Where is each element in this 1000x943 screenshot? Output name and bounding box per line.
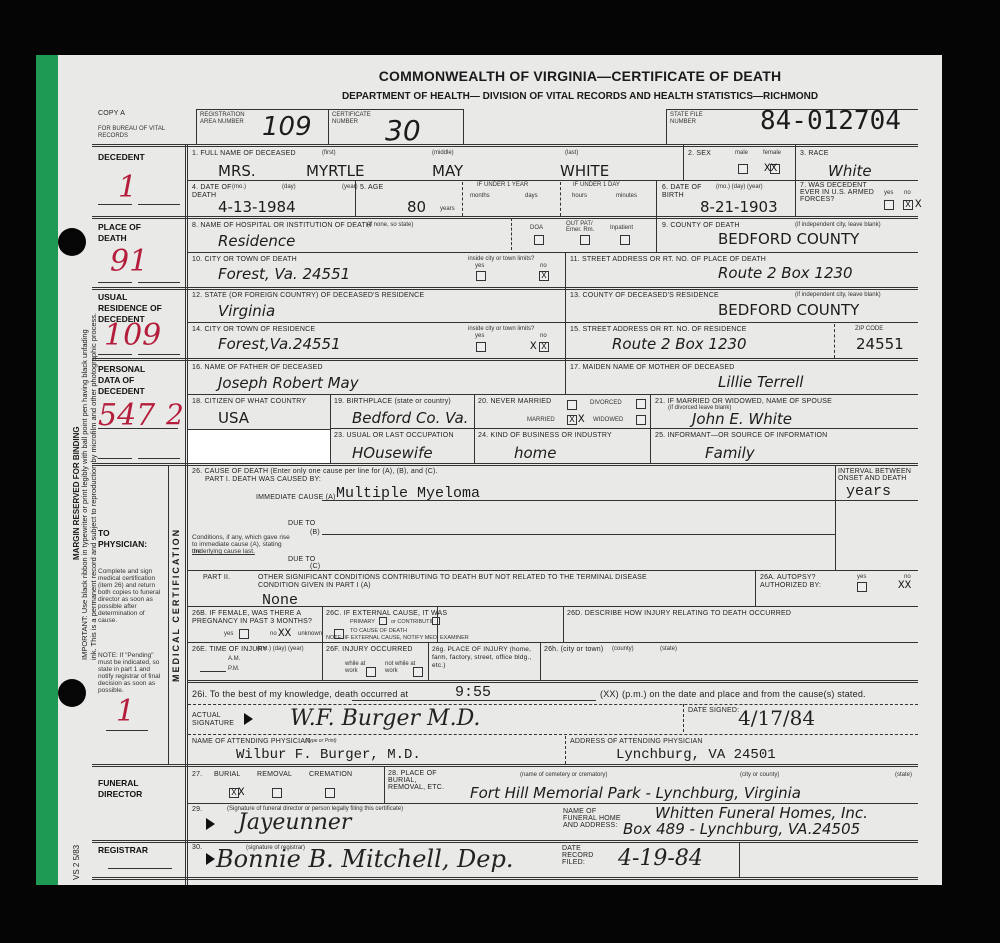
name-first: MYRTLE	[306, 162, 364, 180]
widowed-checkbox[interactable]	[636, 415, 646, 425]
physician-address-label: ADDRESS OF ATTENDING PHYSICIAN	[570, 738, 703, 746]
field-9-hint: (if independent city, leave blank)	[795, 222, 881, 229]
section-personal-data: PERSONAL DATA OF DECEDENT	[98, 364, 168, 397]
certificate-subtitle: DEPARTMENT OF HEALTH— DIVISION OF VITAL …	[190, 91, 970, 102]
dob-cols: (mo.) (day) (year)	[716, 184, 763, 191]
field-28-label: 28. PLACE OF BURIAL, REMOVAL, ETC.	[388, 770, 448, 791]
field-10-label: 10. CITY OR TOWN OF DEATH	[192, 256, 297, 264]
medical-certification-vertical: MEDICAL CERTIFICATION	[171, 528, 181, 682]
state-of-residence: Virginia	[218, 302, 275, 320]
cemetery-name-hdr: (name of cemetery or crematory)	[520, 772, 607, 779]
injury-am: A.M.	[228, 656, 240, 663]
name-last: WHITE	[560, 162, 609, 180]
part2-label: PART II.	[203, 574, 230, 582]
immediate-cause: Multiple Myeloma	[336, 485, 480, 502]
interval-label: INTERVAL BETWEEN ONSET AND DEATH	[838, 468, 918, 482]
field-23-label: 23. USUAL OR LAST OCCUPATION	[334, 432, 454, 440]
sex-female-mark: XX	[764, 163, 777, 175]
spouse-name: John E. White	[692, 410, 792, 428]
field-1-label: 1. FULL NAME OF DECEASED	[192, 150, 296, 158]
time-suffix: (p.m.) on the date and place and from th…	[622, 690, 866, 698]
field-26a-label: 26a. AUTOPSY?	[760, 574, 816, 582]
pregnancy-yes-label: yes	[224, 631, 233, 638]
physician-note: NOTE: If "Pending" must be indicated, so…	[98, 652, 164, 694]
last-hdr: (last)	[565, 150, 578, 157]
field-30-label: 30.	[192, 844, 202, 852]
minutes-label: minutes	[616, 193, 637, 200]
cause-b-label: (B)	[310, 529, 320, 537]
autopsy-auth-label: AUTHORIZED BY:	[760, 582, 821, 590]
field-8-hint: (if none, so state)	[367, 222, 413, 229]
injury-state-label: (state)	[660, 646, 677, 653]
physician-address: Lynchburg, VA 24501	[616, 747, 776, 763]
field-3-label: 3. RACE	[800, 150, 829, 158]
date-of-birth: 8-21-1903	[700, 198, 778, 216]
armed-no-checkbox[interactable]	[903, 200, 913, 210]
certificate-number-value: 30	[385, 114, 421, 147]
never-married-checkbox[interactable]	[567, 400, 577, 410]
pregnancy-no-label: no	[270, 631, 277, 638]
field-24-label: 24. KIND OF BUSINESS OR INDUSTRY	[478, 432, 612, 440]
certificate-title: COMMONWEALTH OF VIRGINIA—CERTIFICATE OF …	[190, 68, 970, 84]
conditions-underlying: underlying cause last.	[192, 548, 255, 555]
inpatient-label: Inpatient	[610, 225, 633, 232]
funeral-arrow-icon	[206, 818, 215, 830]
redacted-field-22	[188, 430, 330, 463]
field-18-label: 18. CITIZEN OF WHAT COUNTRY	[192, 398, 306, 406]
section-funeral-director: FUNERAL DIRECTOR	[98, 778, 158, 800]
zip-value: 24551	[856, 335, 904, 353]
limits-label-10: inside city or town limits?	[468, 256, 534, 263]
limits-yes-checkbox-14[interactable]	[476, 342, 486, 352]
city-of-death: Forest, Va. 24551	[218, 265, 350, 283]
outpat-checkbox[interactable]	[580, 235, 590, 245]
place-of-death-code: 91	[110, 244, 148, 279]
autopsy-yes-label: yes	[857, 574, 866, 581]
section-decedent: DECEDENT	[98, 152, 145, 163]
while-at-work-checkbox[interactable]	[366, 667, 376, 677]
am-mark: (XX)	[600, 690, 619, 698]
cemetery-state-hdr: (state)	[895, 772, 912, 779]
physician-name: Wilbur F. Burger, M.D.	[236, 747, 421, 763]
certificate-number-label: CERTIFICATE NUMBER	[332, 112, 382, 126]
funeral-home-label: NAME OF FUNERAL HOME AND ADDRESS:	[563, 808, 623, 829]
state-file-label: STATE FILE NUMBER	[670, 112, 710, 126]
section-to-physician: TO PHYSICIAN:	[98, 528, 158, 550]
field-27-label: 27.	[192, 771, 202, 779]
injury-county-label: (county)	[612, 646, 634, 653]
field-15-label: 15. STREET ADDRESS OR RT. NO. OF RESIDEN…	[570, 326, 747, 334]
limits-no-14: no	[540, 333, 547, 340]
field-16-label: 16. NAME OF FATHER OF DECEASED	[192, 364, 323, 372]
occupation: HOusewife	[352, 444, 433, 462]
days-label: days	[525, 193, 538, 200]
dod-mo: (mo.)	[232, 184, 246, 191]
age-value: 80	[407, 198, 426, 216]
sex-male-checkbox[interactable]	[738, 164, 748, 174]
physician-instructions: Complete and sign medical certification …	[98, 568, 164, 624]
citizenship: USA	[218, 409, 249, 427]
primary-label: PRIMARY	[350, 619, 375, 626]
limits-yes-14: yes	[475, 333, 484, 340]
age-unit: years	[440, 206, 455, 213]
field-8-label: 8. NAME OF HOSPITAL OR INSTITUTION OF DE…	[192, 222, 371, 230]
cemetery-city-hdr: (city or county)	[740, 772, 779, 779]
registrar-arrow-icon	[206, 853, 215, 865]
pregnancy-no-mark: XX	[278, 628, 291, 640]
field-26g-label: 26g. PLACE OF INJURY (home, farm, factor…	[432, 646, 532, 670]
form-code: VS 2 5/83	[72, 845, 81, 880]
burial-place: Fort Hill Memorial Park - Lynchburg, Vir…	[470, 784, 801, 802]
limits-yes-10: yes	[475, 263, 484, 270]
field-19-label: 19. BIRTHPLACE (state or country)	[334, 398, 451, 406]
hours-label: hours	[572, 193, 587, 200]
field-26f-label: 26f. INJURY OCCURRED	[326, 646, 413, 654]
registration-area-value: 109	[262, 112, 312, 142]
outpat-label: OUT PAT/ Emer. Rm.	[566, 221, 602, 233]
burial-mark: X	[238, 787, 245, 799]
field-17-label: 17. MAIDEN NAME OF MOTHER OF DECEASED	[570, 364, 735, 372]
state-file-value: 84-012704	[760, 106, 901, 136]
armed-yes-label: yes	[884, 190, 893, 197]
field-29-label: 29.	[192, 806, 202, 814]
external-cause-note: NOTE: IF EXTERNAL CAUSE, NOTIFY MED. EXA…	[326, 635, 469, 642]
signature-arrow-icon	[244, 713, 253, 725]
burial-label: BURIAL	[214, 771, 241, 779]
county-of-death: BEDFORD COUNTY	[718, 230, 859, 248]
injury-date-cols: (mo.) (day) (year)	[257, 646, 304, 653]
cremation-checkbox[interactable]	[325, 788, 335, 798]
date-filed: 4-19-84	[618, 846, 703, 871]
section-registrar: REGISTRAR	[98, 845, 148, 856]
under-year-label: IF UNDER 1 YEAR	[477, 182, 528, 189]
field-20-label: 20. NEVER MARRIED	[478, 398, 551, 406]
divorced-checkbox[interactable]	[636, 399, 646, 409]
margin-important-line1: IMPORTANT: Use black ribbon in typewrite…	[80, 329, 89, 660]
to-cause-label: TO CAUSE OF DEATH	[350, 628, 407, 635]
limits-no-mark-14: X	[530, 341, 537, 353]
physician-name-hint: (Type or Print)	[305, 738, 337, 745]
physician-code: 1	[116, 694, 135, 729]
not-while-at-work-checkbox[interactable]	[413, 667, 423, 677]
margin-important-line2: ink. This is a permanent record and subj…	[89, 313, 98, 660]
birthplace: Bedford Co. Va.	[352, 409, 468, 427]
street-of-death: Route 2 Box 1230	[718, 264, 853, 282]
copy-label: COPY A	[98, 110, 125, 118]
months-label: months	[470, 193, 490, 200]
field-26d-label: 26d. DESCRIBE HOW INJURY RELATING TO DEA…	[567, 610, 791, 618]
date-of-death: 4-13-1984	[218, 198, 296, 216]
widowed-label: WIDOWED	[593, 417, 623, 424]
cremation-label: CREMATION	[309, 771, 352, 779]
injury-pm: P.M.	[228, 666, 240, 673]
limits-no-checkbox-14[interactable]	[539, 342, 549, 352]
married-label: MARRIED	[527, 417, 555, 424]
personal-code-b: 2	[166, 398, 184, 431]
mother-maiden-name: Lillie Terrell	[718, 373, 803, 391]
zip-label: ZIP CODE	[855, 326, 883, 333]
married-checkbox[interactable]	[567, 415, 577, 425]
field-25-label: 25. INFORMANT—OR SOURCE OF INFORMATION	[655, 432, 827, 440]
father-name: Joseph Robert May	[218, 374, 359, 392]
business-industry: home	[514, 444, 557, 462]
registrar-signature: Bonnie B. Mitchell, Dep.	[216, 845, 513, 873]
hospital-value: Residence	[218, 232, 295, 250]
autopsy-no-mark: XX	[898, 580, 911, 592]
doa-checkbox[interactable]	[534, 235, 544, 245]
limits-no-checkbox-10[interactable]	[539, 271, 549, 281]
time-of-death: 9:55	[455, 684, 491, 701]
decedent-code: 1	[118, 170, 137, 205]
due-to-b-label: DUE TO	[288, 520, 315, 528]
date-filed-label: DATE RECORD FILED:	[562, 845, 612, 866]
informant: Family	[705, 444, 755, 462]
armed-no-mark: X	[915, 199, 922, 211]
primary-checkbox[interactable]	[379, 617, 387, 625]
armed-yes-checkbox[interactable]	[884, 200, 894, 210]
pregnancy-yes-checkbox[interactable]	[239, 629, 249, 639]
field-12-label: 12. STATE (OR FOREIGN COUNTRY) OF DECEAS…	[192, 292, 424, 300]
field-9-label: 9. COUNTY OF DEATH	[662, 222, 740, 230]
part1-label: PART I. DEATH WAS CAUSED BY:	[205, 476, 321, 484]
race-value: White	[828, 162, 872, 180]
inpatient-checkbox[interactable]	[620, 235, 630, 245]
funeral-home-address: Box 489 - Lynchburg, VA.24505	[623, 820, 860, 838]
punch-hole-bottom	[58, 679, 86, 707]
street-of-residence: Route 2 Box 1230	[612, 335, 747, 353]
field-26-label: 26. CAUSE OF DEATH (Enter only one cause…	[192, 468, 438, 476]
date-signed: 4/17/84	[738, 706, 815, 730]
part2-text: OTHER SIGNIFICANT CONDITIONS CONTRIBUTIN…	[258, 574, 678, 590]
sex-female-label: female	[763, 150, 781, 157]
removal-checkbox[interactable]	[272, 788, 282, 798]
autopsy-yes-checkbox[interactable]	[857, 582, 867, 592]
registration-area-label: REGISTRATION AREA NUMBER	[200, 112, 260, 126]
married-mark: X	[578, 414, 585, 426]
limits-no-10: no	[540, 263, 547, 270]
removal-label: REMOVAL	[257, 771, 292, 779]
field-13-hint: (if independent city, leave blank)	[795, 292, 881, 299]
field-14-label: 14. CITY OR TOWN OF RESIDENCE	[192, 326, 315, 334]
section-place-of-death: PLACE OF DEATH	[98, 222, 158, 244]
field-7-label: 7. WAS DECEDENT EVER IN U.S. ARMED FORCE…	[800, 182, 875, 203]
middle-hdr: (middle)	[432, 150, 454, 157]
physician-name-label: NAME OF ATTENDING PHYSICIAN	[192, 738, 310, 746]
sex-male-label: male	[735, 150, 748, 157]
field-26i-label: 26i. To the best of my knowledge, death …	[192, 690, 408, 698]
field-2-label: 2. SEX	[688, 150, 711, 158]
physician-signature: W.F. Burger M.D.	[290, 706, 480, 731]
punch-hole-top	[58, 228, 86, 256]
limits-label-14: inside city or town limits?	[468, 326, 534, 333]
divorced-label: DIVORCED	[590, 400, 622, 407]
field-26h-label: 26h. (city or town)	[544, 646, 603, 654]
pregnancy-unknown-label: unknown	[298, 631, 322, 638]
signature-label: ACTUAL SIGNATURE	[192, 712, 232, 728]
green-binding-strip	[36, 55, 58, 885]
name-prefix: MRS.	[218, 162, 256, 180]
name-middle: MAY	[432, 162, 463, 180]
interval-value: years	[846, 483, 891, 500]
residence-code: 109	[104, 318, 161, 353]
field-13-label: 13. COUNTY OF DECEASED'S RESIDENCE	[570, 292, 719, 300]
dod-day: (day)	[282, 184, 296, 191]
armed-no-label: no	[904, 190, 911, 197]
doa-label: DOA	[530, 225, 543, 232]
field-5-label: 5. AGE	[360, 184, 383, 192]
under-day-label: IF UNDER 1 DAY	[573, 182, 620, 189]
city-of-residence: Forest,Va.24551	[218, 335, 341, 353]
field-11-label: 11. STREET ADDRESS OR RT. NO. OF PLACE O…	[570, 256, 766, 264]
first-hdr: (first)	[322, 150, 336, 157]
contributing-checkbox[interactable]	[432, 617, 440, 625]
copy-for: FOR BUREAU OF VITAL RECORDS	[98, 126, 168, 140]
funeral-director-signature: Jayeunner	[238, 810, 351, 835]
limits-yes-checkbox-10[interactable]	[476, 271, 486, 281]
county-of-residence: BEDFORD COUNTY	[718, 301, 859, 319]
field-26b-label: 26b. IF FEMALE, WAS THERE A PREGNANCY IN…	[192, 610, 322, 626]
date-signed-label: DATE SIGNED:	[688, 707, 739, 715]
